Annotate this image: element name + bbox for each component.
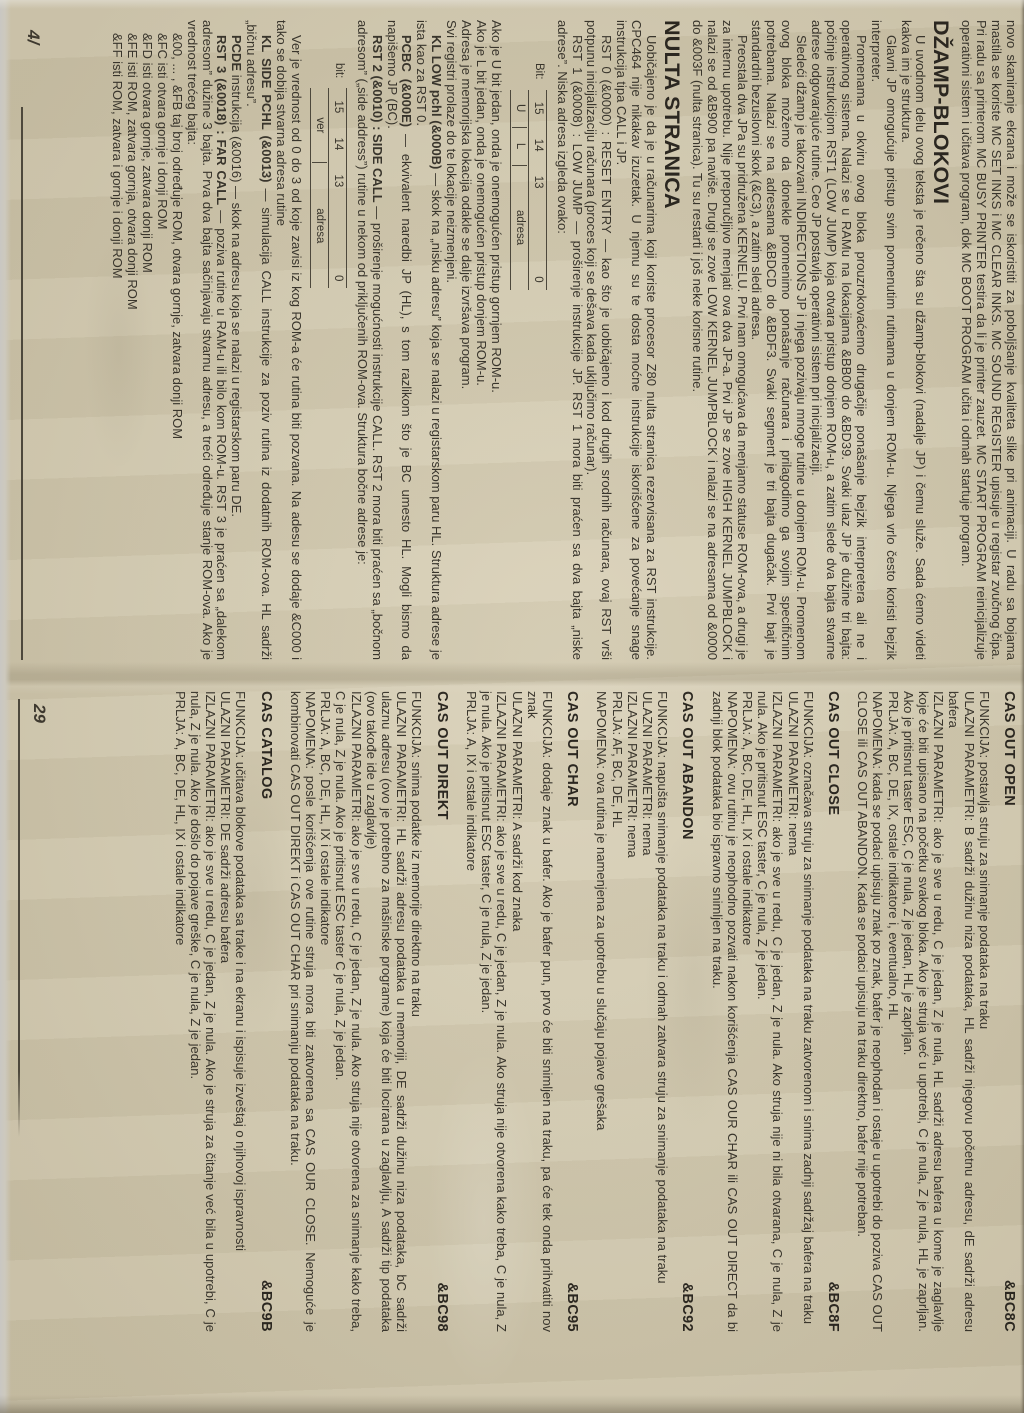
bit-field-box: 1514130veradresa (310, 88, 347, 288)
routine-paragraph: FUNKCIJA: učitava blokove podataka sa tr… (233, 691, 248, 1332)
instruction-name: PCBC (&000E) (399, 35, 414, 127)
section-title: NULTA STRANICA (664, 20, 679, 660)
routine-section: CAS OUT CLOSE&BC8FFUNKCIJA: označava str… (709, 691, 840, 1332)
page-right-edge (0, 1395, 1024, 1413)
page-bottom-edge (0, 0, 11, 1413)
paragraph: U uvodnom delu ovog teksta je rečeno šta… (898, 20, 928, 660)
paragraph: PCBC (&000E) — ekvivalent naredbi JP (HL… (384, 20, 414, 660)
routine-name: CAS OUT CLOSE (825, 691, 840, 815)
routine-paragraph: FUNKCIJA: postavlja struju za snimanje p… (977, 691, 992, 1332)
text-line: &FC isti otvara gornje i donji ROM (154, 20, 169, 660)
routine-paragraph: PRLJA: A, IX i ostale indikatore (464, 691, 479, 1332)
scanned-page-viewport: novo skaniranje ekrana i može se iskoris… (0, 0, 1024, 1413)
paragraph: PCDE instrukcija (&0016) — skok na adres… (229, 20, 244, 660)
routine-address: &BC8F (825, 1282, 840, 1332)
routine-paragraph: ULAZNI PARAMETRI: nema (640, 691, 655, 1332)
instruction-name: RST 3 (&0018) : FAR CALL (215, 35, 230, 205)
instruction-name: PCDE (229, 35, 244, 71)
routine-section: CAS OUT DIREKT&BC98FUNKCIJA: snima podat… (288, 691, 449, 1332)
routine-section: CAS CATALOG&BC9BFUNKCIJA: učitava blokov… (172, 691, 272, 1332)
paragraph: KL LOW pchl (&000B) — skok na „nisku adr… (413, 20, 443, 660)
bit-number: 13 (330, 162, 345, 199)
routine-paragraph: NAPOMENA: posle korišćenja ove rutine st… (288, 691, 318, 1332)
routine-paragraph: ULAZNI PARAMETRI: nema (785, 691, 800, 1332)
routine-name: CAS OUT DIREKT (434, 691, 449, 820)
routine-name: CAS OUT ABANDON (679, 691, 694, 840)
instruction-name: RST 2 (&0010) : SIDE CALL (370, 35, 385, 203)
routine-heading: CAS OUT DIREKT&BC98 (434, 691, 449, 1332)
paragraph: RST 1 (&0008) : LOW JUMP — proširenje in… (554, 20, 584, 660)
bit-field-label: bit: (331, 63, 347, 78)
routine-heading: CAS OUT ABANDON&BC92 (679, 691, 694, 1332)
text-line: Svi registri prolaze do te lokacije neiz… (443, 20, 458, 660)
routine-name: CAS CATALOG (257, 691, 272, 800)
page-number: 29 (29, 704, 49, 723)
text-line: &00, ... , &FB taj broj određuje ROM, ot… (169, 20, 184, 660)
bit-fields-row: veradresa (311, 88, 328, 288)
bit-field-cell: adresa (312, 162, 327, 288)
instruction-name: KL SIDE PCHL (&0013) (259, 35, 274, 182)
bit-number: 0 (530, 276, 545, 289)
routine-heading: CAS CATALOG&BC9B (257, 691, 272, 1332)
page-left-edge (0, 0, 1024, 9)
text-line: Adresa je memorijska lokacija odakle se … (458, 20, 473, 660)
routine-section: CAS OUT OPEN&BC8CFUNKCIJA: postavlja str… (855, 691, 1016, 1332)
routine-paragraph: IZLAZNI PARAMETRI: ako je sve u redu, C … (901, 691, 947, 1332)
right-footer-rule (18, 699, 20, 1137)
routine-paragraph: PRLJA: A, BC, DE, IX, ostale indikatore … (885, 691, 900, 1332)
routine-paragraph: FUNKCIJA: napušta snimanje podataka na t… (655, 691, 670, 1332)
routine-paragraph: ULAZNI PARAMETRI: B sadrži dužinu niza p… (946, 691, 976, 1332)
bit-field-label: Bit: (531, 63, 547, 80)
left-footer-rule (21, 107, 23, 660)
routine-paragraph: PRLJA: A, BC, DE, HL, IX i ostale indika… (740, 691, 755, 1332)
paragraph: RST 0 (&0000) : RESET ENTRY — kao što je… (584, 20, 614, 660)
left-column: novo skaniranje ekrana i može se iskoris… (109, 20, 1018, 660)
paragraph: RST 2 (&0010) : SIDE CALL — proširenje m… (354, 20, 384, 660)
routine-paragraph: NAPOMENA: kada se podaci upisuju znak po… (855, 691, 885, 1332)
bit-numbers-row: 1514130 (528, 90, 546, 290)
paragraph: Promenama u okviru ovog bloka prouzrokov… (808, 20, 868, 660)
routine-paragraph: FUNKCIJA: označava struju za snimanje po… (801, 691, 816, 1332)
routine-paragraph: FUNKCIJA: dodaje znak u bafer. Ako je ba… (525, 691, 555, 1332)
paragraph: Ver je vrednost od 0 do 3 od koje zavisi… (273, 20, 303, 660)
bit-field-diagram: bit:1514130veradresa (310, 63, 347, 660)
bit-fields-row: ULadresa (511, 90, 528, 290)
bit-number: 14 (530, 127, 545, 164)
routine-heading: CAS OUT CLOSE&BC8F (825, 691, 840, 1332)
text-line: &FD isti otvara gornje, zatvara donji RO… (139, 20, 154, 660)
routine-section: CAS OUT CHAR&BC95FUNKCIJA: dodaje znak u… (464, 691, 579, 1332)
routine-paragraph: IZLAZNI PARAMETRI: ako je sve u redu, C … (479, 691, 509, 1332)
bit-number: 13 (530, 164, 545, 201)
text-line: Ako je U bit jedan, onda je onemogućen p… (488, 20, 503, 660)
routine-paragraph: NAPOMENA: ovu rutinu je neophodno pozvat… (709, 691, 739, 1332)
bit-field-box: 1514130ULadresa (510, 90, 547, 290)
text-line: &FF isti ROM, zatvara i gornje i donji R… (109, 20, 124, 660)
paragraph: RST 3 (&0018) : FAR CALL — poziva rutine… (184, 20, 229, 660)
routine-heading: CAS OUT OPEN&BC8C (1001, 691, 1016, 1332)
bit-number: 15 (530, 90, 545, 127)
bit-field-cell: L (512, 127, 527, 165)
routine-name: CAS OUT CHAR (564, 691, 579, 807)
paragraph: Sledeći džamp je takozvani INDIRECTIONS … (749, 20, 809, 660)
routine-paragraph: PRLJA: A, BC, DE, HL, IX i ostale indika… (318, 691, 333, 1332)
paragraph: novo skaniranje ekrana i može se iskoris… (958, 20, 1018, 660)
routine-heading: CAS OUT CHAR&BC95 (564, 691, 579, 1332)
bit-number: 0 (330, 275, 345, 288)
routine-paragraph: PRLJA: A, BC, DE, HL, IX i ostale indika… (172, 691, 187, 1332)
instruction-name: KL LOW pchl (&000B) (429, 35, 444, 169)
routine-address: &BC8C (1001, 1280, 1016, 1332)
paragraph: Glavni JP omogućuje pristup svim pomenut… (868, 20, 898, 660)
routine-name: CAS OUT OPEN (1001, 691, 1016, 806)
paragraph: Uobičajeno je da je u računarima koji ko… (613, 20, 658, 660)
routine-address: &BC98 (434, 1282, 449, 1332)
routine-paragraph: ULAZNI PARAMETRI: HL sadrži adresu podat… (364, 691, 410, 1332)
routine-paragraph: FUNKCIJA: snima podatke iz memorije dire… (409, 691, 424, 1332)
bit-numbers-row: 1514130 (328, 88, 346, 288)
gutter-crease (0, 662, 1024, 694)
bit-number: 15 (330, 88, 345, 125)
routine-address: &BC92 (679, 1282, 694, 1332)
text-line: Ako je L bit jedan, onda je onemogućen p… (473, 20, 488, 660)
section-title: DŽAMP-BLOKOVI (933, 20, 948, 660)
bit-number: 14 (330, 125, 345, 162)
routine-address: &BC95 (564, 1282, 579, 1332)
routine-paragraph: IZLAZNI PARAMETRI: ako je sve u redu, C … (755, 691, 785, 1332)
paragraph: KL SIDE PCHL (&0013) — simulacija CALL i… (243, 20, 273, 660)
bit-field-diagram: Bit:1514130ULadresa (510, 63, 547, 660)
text-line: &FE isti ROM, zatvara gornja, otvara don… (124, 20, 139, 660)
routine-paragraph: IZLAZNI PARAMETRI: nema (625, 691, 640, 1332)
left-footer-mark: 4/ (23, 30, 43, 44)
routine-paragraph: ULAZNI PARAMETRI: A sadrži kod znaka (509, 691, 524, 1332)
right-column: CAS OUT OPEN&BC8CFUNKCIJA: postavlja str… (157, 691, 1016, 1332)
bit-field-cell: ver (312, 88, 327, 162)
routine-section: CAS OUT ABANDON&BC92FUNKCIJA: napušta sn… (594, 691, 694, 1332)
bit-field-cell: U (512, 90, 527, 127)
routine-paragraph: PRLJA: AF, BC, DE, HL (609, 691, 624, 1332)
paragraph: Preostala dva JPa su pridružena KERNELU.… (689, 20, 749, 660)
routine-address: &BC9B (257, 1280, 272, 1332)
bit-field-cell: adresa (512, 165, 527, 290)
routine-paragraph: ULAZNI PARAMETRI: DE sadrži adresu bafer… (218, 691, 233, 1332)
routine-paragraph: NAPOMENA: ova rutina je namenjena za upo… (594, 691, 609, 1332)
magazine-page: novo skaniranje ekrana i može se iskoris… (0, 0, 1024, 1413)
page-top-edge (1020, 0, 1024, 1413)
routine-paragraph: IZLAZNI PARAMETRI: ako je sve u redu, C … (188, 691, 218, 1332)
routine-paragraph: IZLAZNI PARAMETRI: ako je sve u redu, C … (333, 691, 363, 1332)
